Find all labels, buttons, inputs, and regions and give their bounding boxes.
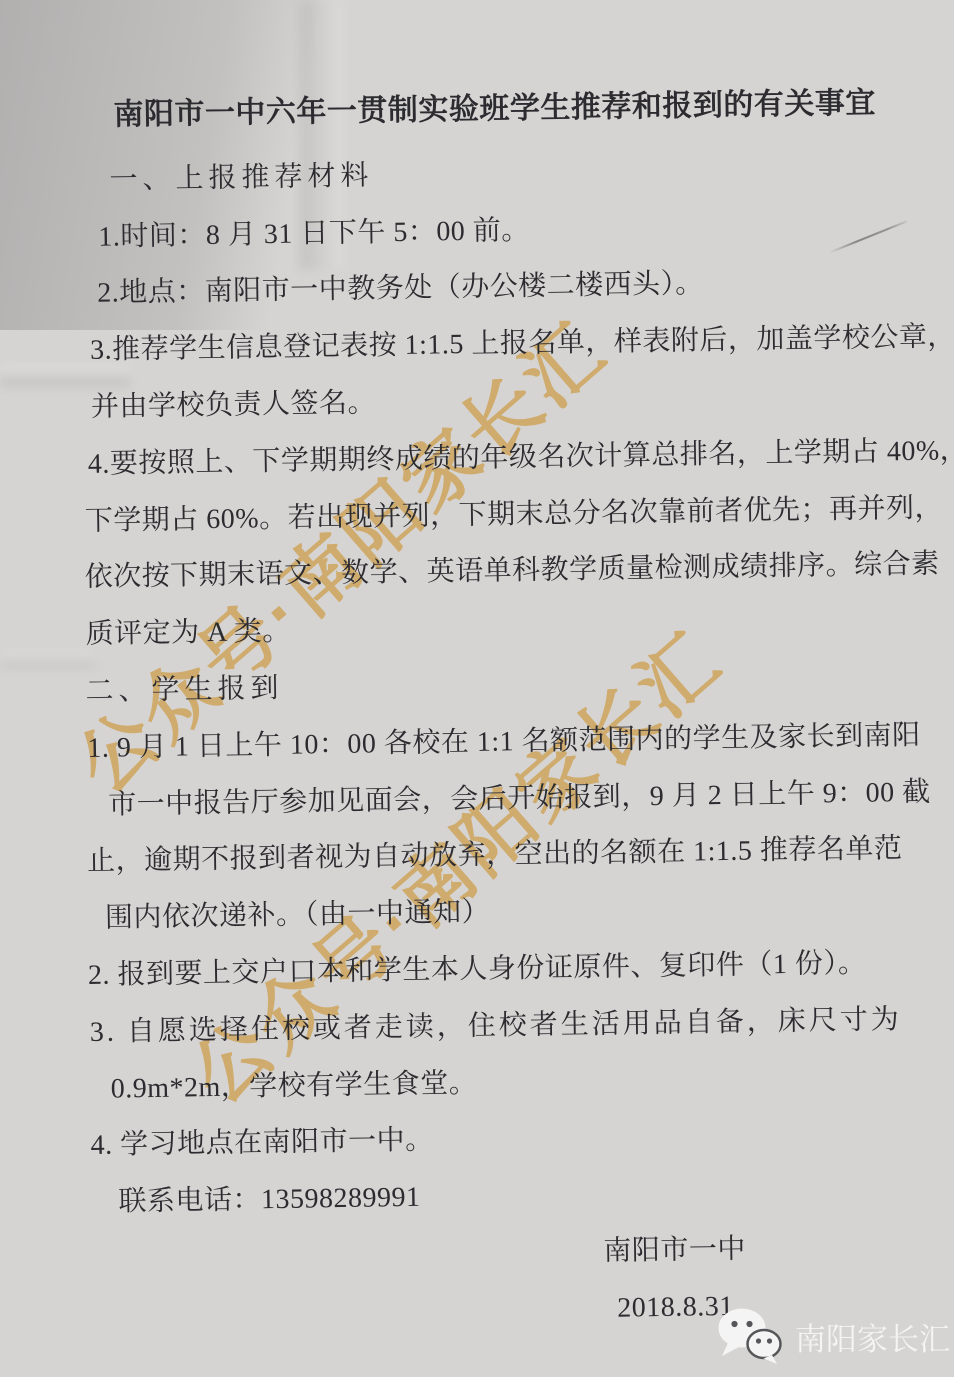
- fold-crease-left-lower: [0, 652, 95, 668]
- wechat-icon: [715, 1307, 783, 1365]
- notice-text: 南阳市一中六年一贯制实验班学生推荐和报到的有关事宜 一、上报推荐材料 1.时间：…: [80, 75, 910, 1345]
- signature-org: 南阳市一中: [603, 1219, 909, 1281]
- document-photo: 公众号·南阳家长汇 公众号·南阳家长汇 南阳市一中六年一贯制实验班学生推荐和报到…: [0, 0, 954, 1377]
- doc-title: 南阳市一中六年一贯制实验班学生推荐和报到的有关事宜: [113, 75, 891, 144]
- wechat-badge-label: 南阳家长汇: [795, 1314, 950, 1359]
- wechat-badge: 南阳家长汇: [715, 1307, 950, 1365]
